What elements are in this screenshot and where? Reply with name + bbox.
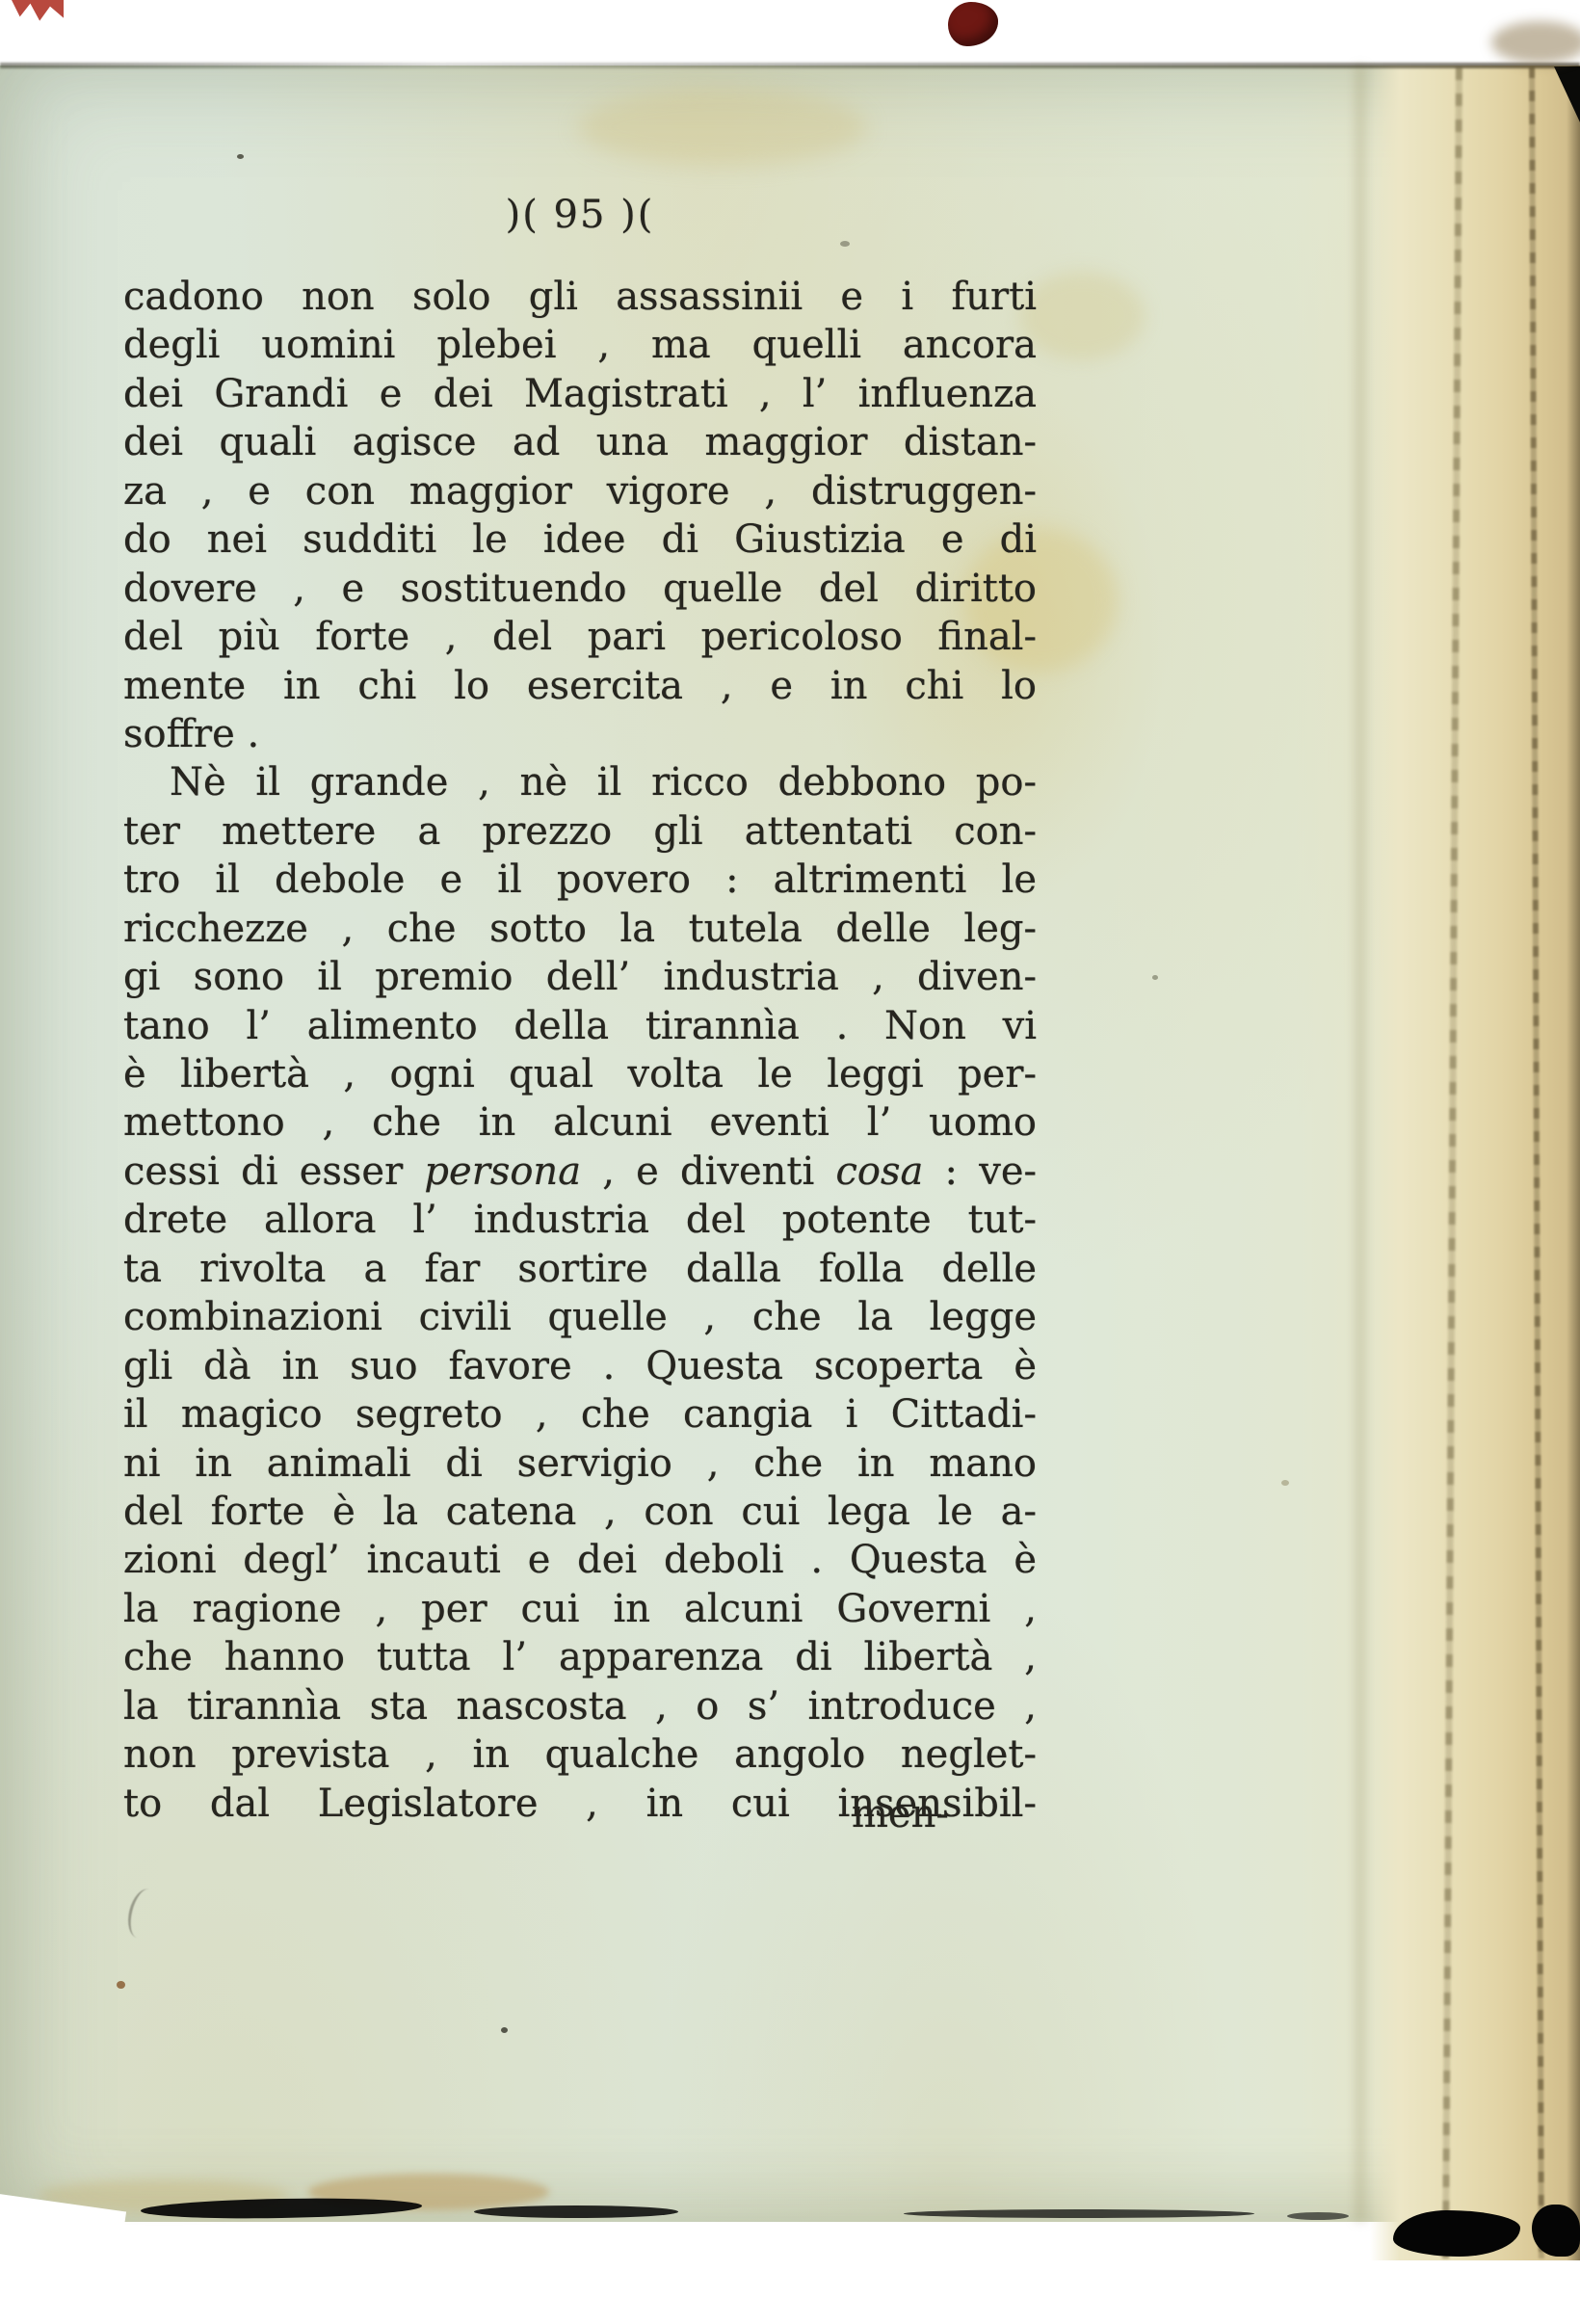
paper-speck <box>237 154 244 159</box>
text-line: del forte è la catena , con cui lega le … <box>123 1488 1037 1536</box>
text-line: ni in animali di servigio , che in mano <box>123 1439 1037 1488</box>
text-line: do nei sudditi le idee di Giustizia e di <box>123 515 1037 564</box>
text-segment: cadono non solo gli assassinii e i furti <box>123 275 1037 319</box>
text-segment: drete allora l’ industria del potente tu… <box>123 1198 1037 1242</box>
bottom-edge-black-mark <box>1287 2212 1349 2220</box>
text-line: del più forte , del pari pericoloso fina… <box>123 613 1037 661</box>
text-line: cessi di esser persona , e diventi cosa … <box>123 1148 1037 1196</box>
text-line: la tirannìa sta nascosta , o s’ introduc… <box>123 1682 1037 1730</box>
text-line: degli uomini plebei , ma quelli ancora <box>123 321 1037 369</box>
paper-stain <box>1019 272 1145 360</box>
text-segment: : ve- <box>923 1149 1037 1194</box>
text-segment: dei Grandi e dei Magistrati , l’ influen… <box>123 372 1037 416</box>
paper-speck <box>1281 1480 1289 1486</box>
text-line: gi sono il premio dell’ industria , dive… <box>123 953 1037 1001</box>
text-segment: il magico segreto , che cangia i Cittadi… <box>123 1392 1037 1437</box>
text-line: non prevista , in qualche angolo neglet- <box>123 1730 1037 1779</box>
text-segment: mente in chi lo esercita , e in chi lo <box>123 664 1037 708</box>
paper-speck <box>117 1981 125 1989</box>
text-segment: gli dà in suo favore . Questa scoperta è <box>123 1344 1037 1388</box>
text-segment: , e diventi <box>581 1149 835 1194</box>
text-segment: do nei sudditi le idee di Giustizia e di <box>123 517 1037 562</box>
page-number-header: )( 95 )( <box>123 193 1037 237</box>
text-segment: ta rivolta a far sortire dalla folla del… <box>123 1247 1037 1291</box>
book-page-edges <box>1370 66 1580 2260</box>
text-line: drete allora l’ industria del potente tu… <box>123 1196 1037 1244</box>
text-segment: degli uomini plebei , ma quelli ancora <box>123 323 1037 367</box>
text-line: ter mettere a prezzo gli attentati con- <box>123 807 1037 856</box>
text-line: zioni degl’ incauti e dei deboli . Quest… <box>123 1536 1037 1584</box>
text-segment: che hanno tutta l’ apparenza di libertà … <box>123 1635 1037 1679</box>
red-ink-blot <box>948 2 998 46</box>
red-ink-mark <box>12 0 64 29</box>
text-segment: ter mettere a prezzo gli attentati con- <box>123 809 1037 854</box>
text-line: dei Grandi e dei Magistrati , l’ influen… <box>123 370 1037 418</box>
text-line: combinazioni civili quelle , che la legg… <box>123 1293 1037 1341</box>
text-segment: tano l’ alimento della tirannìa . Non vi <box>123 1004 1037 1048</box>
paper-speck <box>840 241 850 247</box>
text-segment: za , e con maggior vigore , distruggen- <box>123 469 1037 514</box>
text-line: tro il debole e il povero : altrimenti l… <box>123 856 1037 904</box>
italic-text: persona <box>424 1149 581 1194</box>
text-line: za , e con maggior vigore , distruggen- <box>123 467 1037 515</box>
binding-shadow <box>1567 66 1580 2260</box>
text-segment: cessi di esser <box>123 1149 424 1194</box>
text-line: soffre . <box>123 710 1037 758</box>
text-line: tano l’ alimento della tirannìa . Non vi <box>123 1002 1037 1050</box>
page-top-edge-line <box>0 63 1580 68</box>
catchword: men- <box>852 1792 949 1836</box>
text-line: dei quali agisce ad una maggior distan- <box>123 418 1037 466</box>
text-segment: dei quali agisce ad una maggior distan- <box>123 420 1037 464</box>
brown-smudge <box>1491 21 1580 64</box>
italic-text: cosa <box>836 1149 924 1194</box>
text-line: ta rivolta a far sortire dalla folla del… <box>123 1245 1037 1293</box>
bottom-edge-black-mark <box>904 2209 1254 2218</box>
text-line: dovere , e sostituendo quelle del diritt… <box>123 565 1037 613</box>
text-segment: Nè il grande , nè il ricco debbono po- <box>170 760 1037 805</box>
text-segment: la ragione , per cui in alcuni Governi , <box>123 1587 1037 1631</box>
text-line: mente in chi lo esercita , e in chi lo <box>123 662 1037 710</box>
text-segment: del forte è la catena , con cui lega le … <box>123 1490 1037 1534</box>
text-line: la ragione , per cui in alcuni Governi , <box>123 1585 1037 1633</box>
text-line: Nè il grande , nè il ricco debbono po- <box>123 758 1037 806</box>
text-segment: del più forte , del pari pericoloso fina… <box>123 615 1037 659</box>
text-line: mettono , che in alcuni eventi l’ uomo <box>123 1098 1037 1147</box>
text-segment: mettono , che in alcuni eventi l’ uomo <box>123 1100 1037 1145</box>
body-text-column: cadono non solo gli assassinii e i furti… <box>123 273 1037 1828</box>
text-segment: tro il debole e il povero : altrimenti l… <box>123 858 1037 902</box>
scanned-book-page: )( 95 )( cadono non solo gli assassinii … <box>0 0 1580 2324</box>
text-line: è libertà , ogni qual volta le leggi per… <box>123 1050 1037 1098</box>
text-segment: è libertà , ogni qual volta le leggi per… <box>123 1052 1037 1096</box>
paper-speck <box>501 2027 508 2033</box>
text-segment: non prevista , in qualche angolo neglet- <box>123 1732 1037 1777</box>
text-line: che hanno tutta l’ apparenza di libertà … <box>123 1633 1037 1681</box>
text-segment: dovere , e sostituendo quelle del diritt… <box>123 567 1037 611</box>
text-line: ricchezze , che sotto la tutela delle le… <box>123 905 1037 953</box>
text-segment: zioni degl’ incauti e dei deboli . Quest… <box>123 1538 1037 1582</box>
text-segment: gi sono il premio dell’ industria , dive… <box>123 955 1037 999</box>
text-segment: combinazioni civili quelle , che la legg… <box>123 1295 1037 1339</box>
bottom-edge-black-mark <box>474 2205 678 2218</box>
text-segment: soffre . <box>123 712 259 756</box>
bottom-edge-black-mark <box>1532 2205 1580 2257</box>
text-line: gli dà in suo favore . Questa scoperta è <box>123 1342 1037 1390</box>
text-line: il magico segreto , che cangia i Cittadi… <box>123 1390 1037 1439</box>
text-line: cadono non solo gli assassinii e i furti <box>123 273 1037 321</box>
paper-speck <box>1152 975 1158 980</box>
text-segment: ni in animali di servigio , che in mano <box>123 1441 1037 1486</box>
page-fold-shadow <box>1355 66 1366 2222</box>
text-segment: la tirannìa sta nascosta , o s’ introduc… <box>123 1684 1037 1729</box>
paper-stain <box>578 89 867 166</box>
text-segment: ricchezze , che sotto la tutela delle le… <box>123 907 1037 951</box>
